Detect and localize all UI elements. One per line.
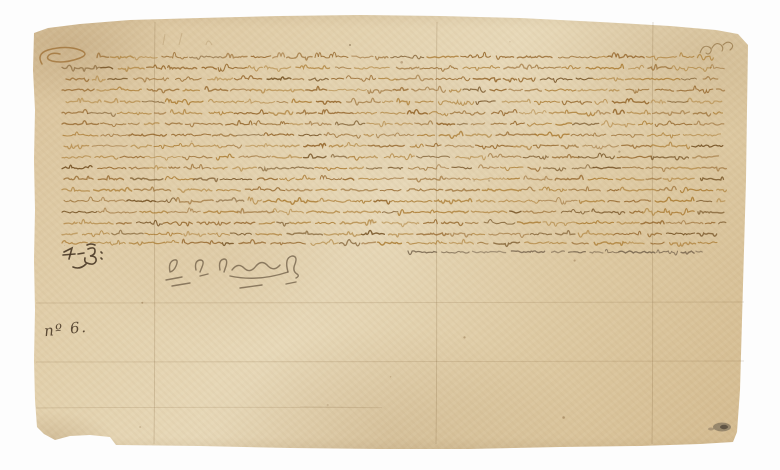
manuscript-photo: nº 6. bbox=[0, 0, 780, 470]
parchment-sheet bbox=[0, 0, 780, 470]
